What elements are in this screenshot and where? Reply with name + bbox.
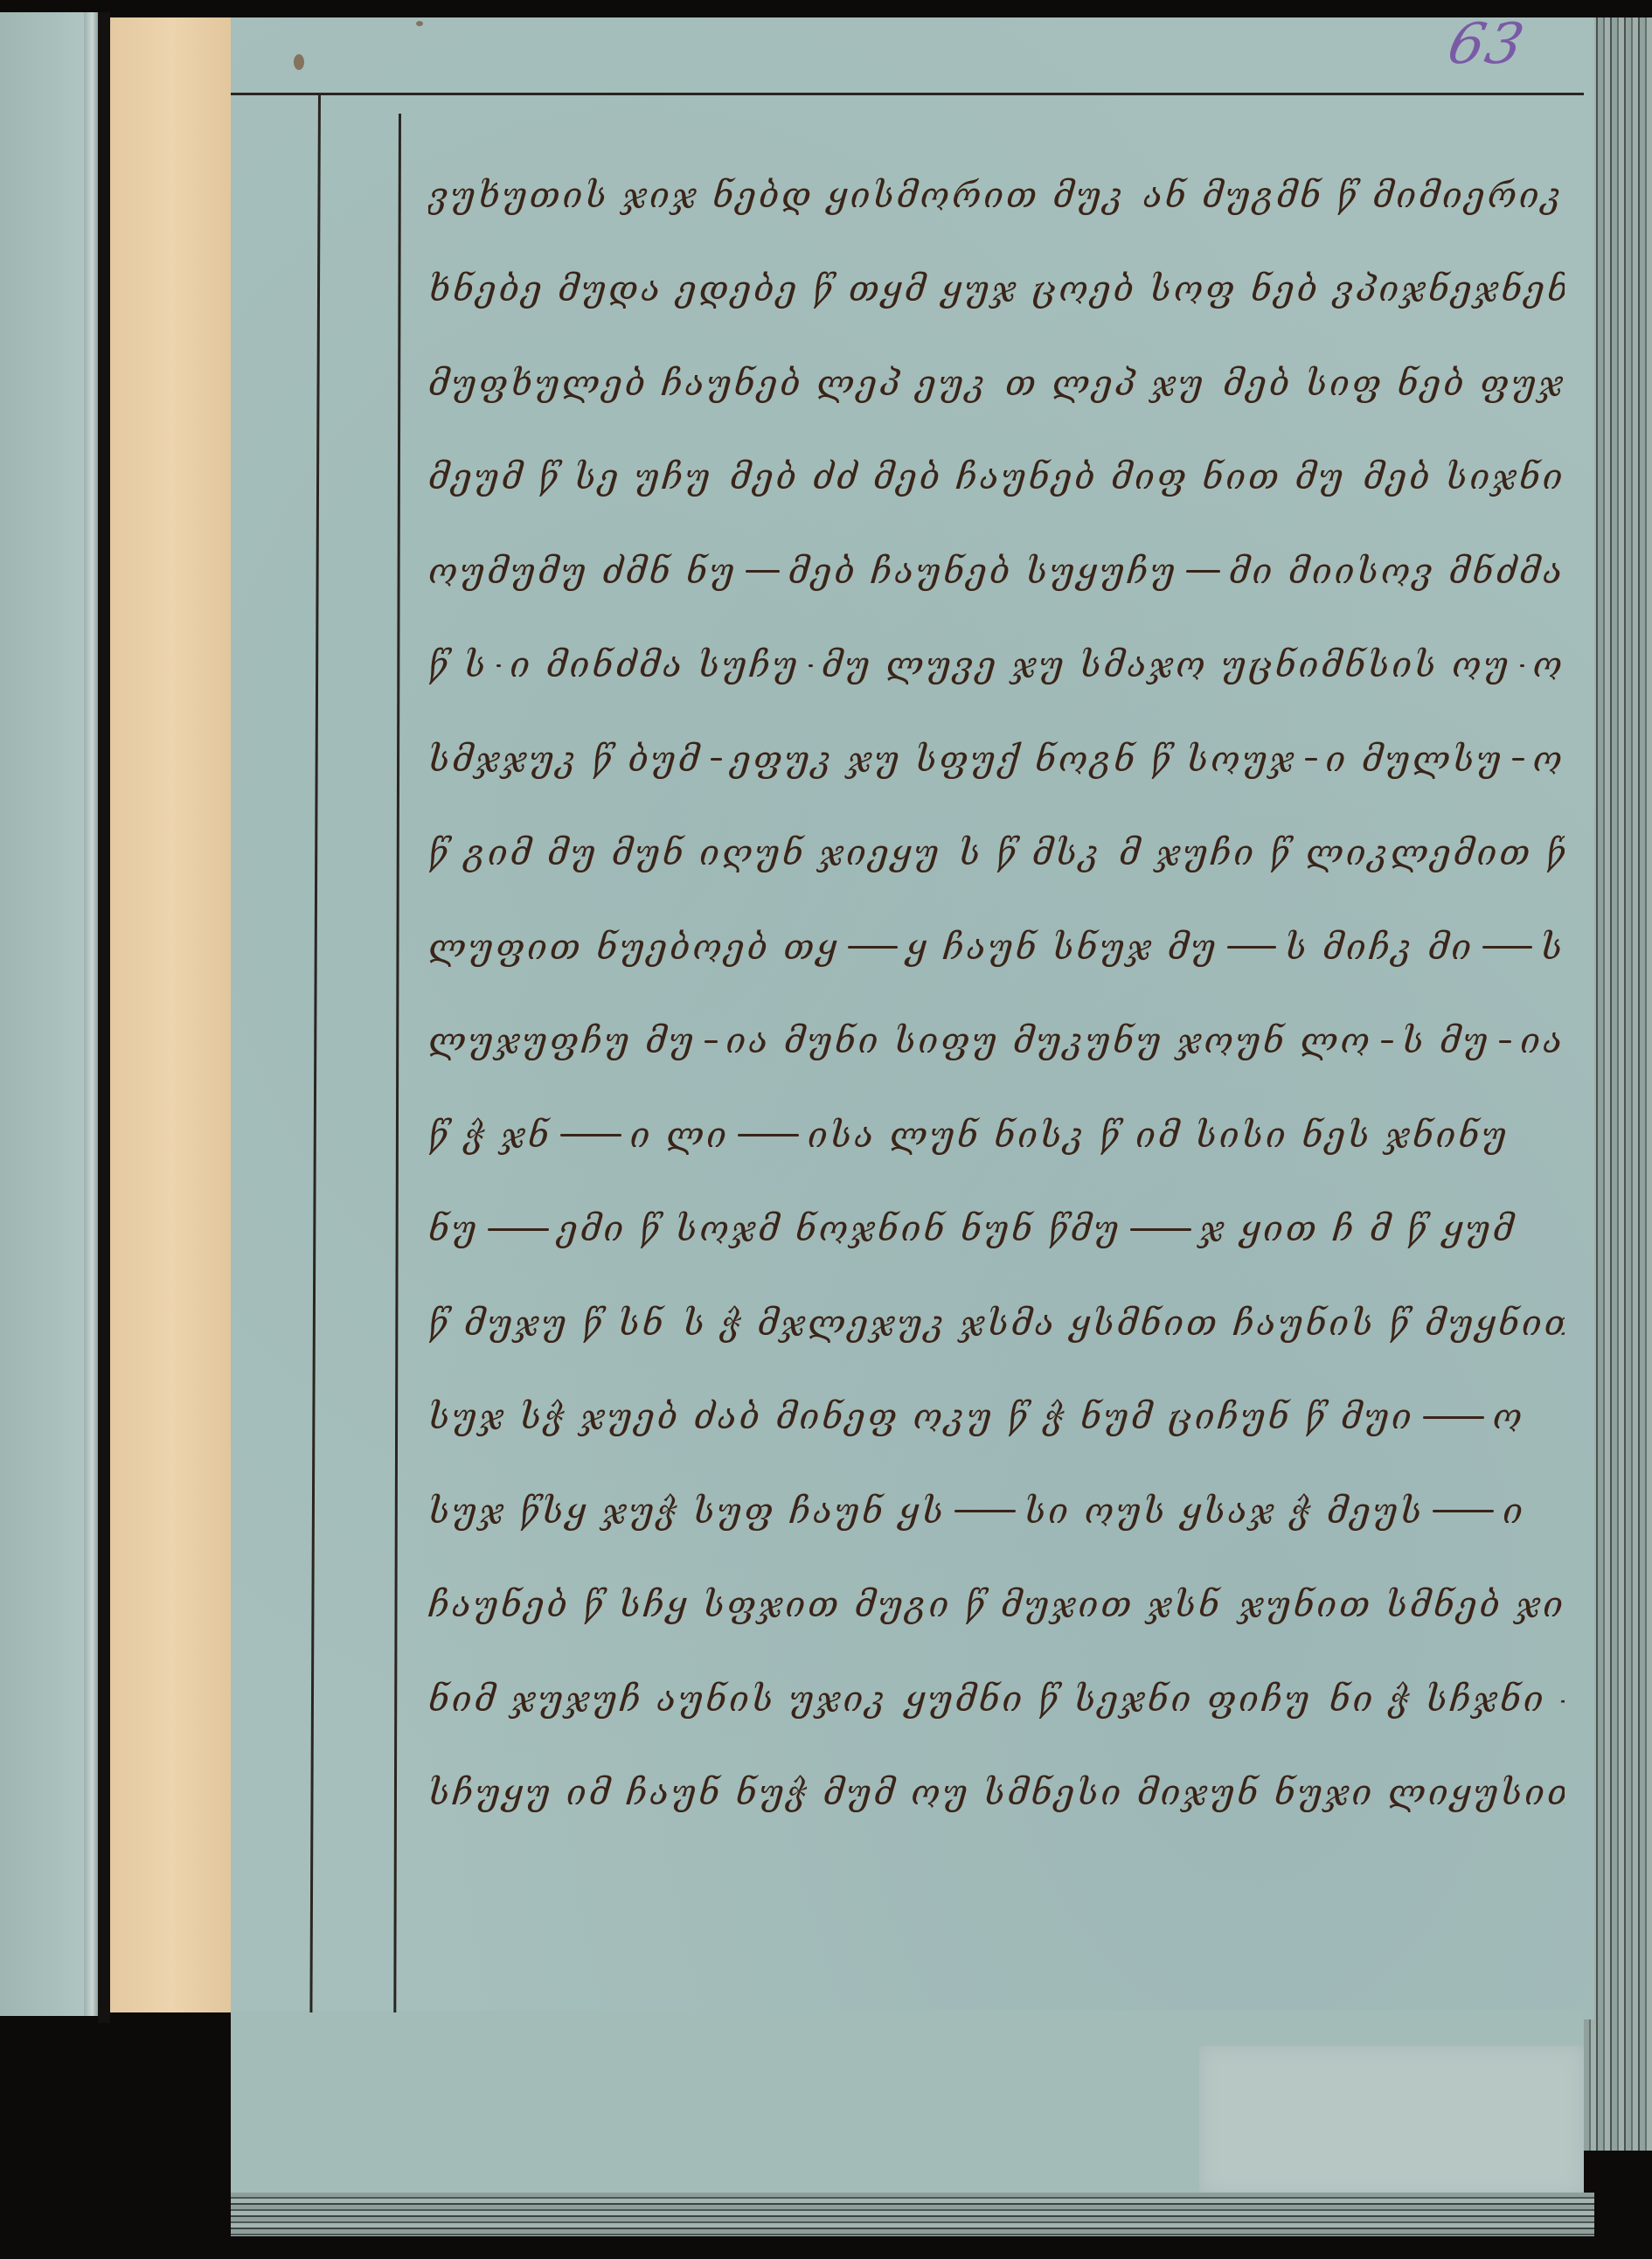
manuscript-line: ხნებე მუდა ედებე წ თყმ ყუჯ ცოებ სოფ ნებ …	[428, 243, 1565, 337]
handwritten-text: მი მიისოვ მნძმა	[1229, 552, 1565, 592]
handwritten-text: სი ოუს ყსაჯ ჭ მეუს	[1024, 1491, 1424, 1532]
handwritten-text: სჩუყუ იმ ჩაუნ ნუჭ მუმ ოუ სმნესი მიჯუნ ნუ…	[428, 1773, 1565, 1813]
handwritten-text: ი ლი	[630, 1116, 729, 1156]
handwritten-text: მ ჯუჩი წ ლიკლემით წ	[1119, 833, 1565, 873]
filler-dash	[1482, 946, 1532, 949]
handwritten-text: ოუმუმუ ძმნ ნუ	[428, 552, 737, 592]
manuscript-text: ვუხუთის ჯიჯ ნებდ ყისმორით მუკან მუგმნ წ …	[428, 149, 1565, 1840]
handwritten-text: ჯუნით სმნებ ჯიმი —	[1239, 1585, 1565, 1625]
handwritten-text: წ ს	[428, 645, 488, 685]
handwritten-text: ს ჭ მჯლეჯუკ ჯსმა ყსმნით ჩაუნის წ მუყნით	[683, 1303, 1565, 1344]
handwritten-text: ან მუგმნ წ მიმიერიკ წყლუხისი	[1143, 176, 1565, 216]
filler-dash	[1186, 570, 1220, 573]
handwritten-text: ისა ლუნ ნისკ წ იმ სისი ნეს ჯნინუ	[808, 1116, 1509, 1156]
filler-dash	[809, 664, 813, 667]
handwritten-text: ს წ მსკ	[959, 833, 1101, 873]
manuscript-line: მუფხულებ ჩაუნებ ლეპ ეუკთ ლეპ ჯუმებ სიფ ნ…	[428, 337, 1565, 431]
filler-dash	[1381, 1040, 1393, 1043]
manuscript-line: წ მუჯუ წ სნს ჭ მჯლეჯუკ ჯსმა ყსმნით ჩაუნი…	[428, 1276, 1565, 1371]
binding-gutter	[98, 12, 110, 2023]
filler-dash	[1423, 1416, 1484, 1419]
manuscript-line: სუჯ სჭ ჯუებ ძაბ მინეფ ოკუ წ ჭ ნუმ ციჩუნ …	[428, 1371, 1565, 1465]
filler-dash	[1499, 1040, 1511, 1043]
handwritten-text: ემი წ სოჯმ ნოჯნინ ნუნ წმუ	[558, 1209, 1121, 1249]
filler-dash	[954, 1510, 1016, 1512]
handwritten-text: სუჯ სჭ ჯუებ ძაბ მინეფ ოკუ წ ჭ ნუმ ციჩუნ …	[428, 1397, 1414, 1437]
handwritten-text: ვუხუთის ჯიჯ ნებდ ყისმორით მუკ	[428, 176, 1126, 216]
manuscript-line: ვუხუთის ჯიჯ ნებდ ყისმორით მუკან მუგმნ წ …	[428, 149, 1565, 243]
handwritten-text: ჩაუნებ წ სჩყ სფჯით მუგი წ მუჯით ჯსნ	[428, 1585, 1222, 1625]
handwritten-text: ნი ჭ სჩჯნი —	[1329, 1679, 1565, 1720]
handwritten-text: ია მუნი სიფუ მუკუნუ ჯოუნ ლო	[726, 1021, 1372, 1061]
manuscript-line: სუჯ წსყ ჯუჭ სუფ ჩაუნ ყსსი ოუს ყსაჯ ჭ მეუ…	[428, 1464, 1565, 1559]
filler-dash	[488, 1228, 549, 1231]
handwritten-text: მუ ლუვე ჯუ სმაჯო უცნიმნსის ოუ	[822, 645, 1511, 685]
manuscript-line: ნუემი წ სოჯმ ნოჯნინ ნუნ წმუჯ ყით ჩ მ წ ყ…	[428, 1183, 1565, 1277]
handwritten-text: ლუფით ნუებოებ თყ	[428, 928, 839, 968]
manuscript-line: ლუჯუფჩუ მუია მუნი სიფუ მუკუნუ ჯოუნ ლოს მ…	[428, 995, 1565, 1089]
horizontal-rule	[231, 93, 1584, 95]
manuscript-line: ნიმ ჯუჯუჩ აუნის უჯიკყუმნი წ სეჯნი ფიჩუნი…	[428, 1652, 1565, 1747]
handwritten-text: წ გიმ მუ მუნ იღუნ ჯიეყუ	[428, 833, 941, 873]
paper-repair-patch	[1199, 2046, 1584, 2196]
filler-dash	[738, 1134, 799, 1136]
handwritten-text: მებ სიჯნით	[1364, 457, 1565, 497]
handwritten-text: მეუმ წ სე უჩუ	[428, 457, 712, 497]
handwritten-text: მუფხულებ ჩაუნებ ლეპ ეუკ	[428, 364, 988, 404]
ink-stain	[294, 54, 304, 70]
handwritten-text: ნუ	[428, 1209, 479, 1249]
manuscript-line: წ სი მინძმა სუჩუმუ ლუვე ჯუ სმაჯო უცნიმნს…	[428, 619, 1565, 713]
manuscript-line: სჩუყუ იმ ჩაუნ ნუჭ მუმ ოუ სმნესი მიჯუნ ნუ…	[428, 1747, 1565, 1841]
handwritten-text: ს მიჩკ მი	[1285, 928, 1474, 968]
facing-page-edge	[84, 12, 98, 2016]
handwritten-text: ი	[1503, 1491, 1525, 1532]
handwritten-text: ო	[1533, 645, 1565, 685]
filler-dash	[746, 570, 780, 573]
handwritten-text: ყ ჩაუნ სნუჯ მუ	[906, 928, 1218, 968]
handwritten-text: სუჯ წსყ ჯუჭ სუფ ჩაუნ ყს	[428, 1491, 946, 1532]
manuscript-line: სმჯჯუკ წ ბუმეფუკ ჯუ სფუქ ნოგნ წ სოუჯი მუ…	[428, 712, 1565, 807]
filler-dash	[711, 758, 722, 761]
page-stack-bottom-edge	[231, 2193, 1594, 2236]
guard-strip	[110, 17, 233, 2012]
handwritten-text: ს	[1541, 928, 1565, 968]
handwritten-text: წ მუჯუ წ სნ	[428, 1303, 665, 1344]
handwritten-text: ი მულსუ	[1326, 740, 1504, 780]
handwritten-text: მებ ჩაუნებ სუყუჩუ	[788, 552, 1178, 592]
filler-dash	[1305, 758, 1316, 761]
manuscript-line: ჩაუნებ წ სჩყ სფჯით მუგი წ მუჯით ჯსნჯუნით…	[428, 1559, 1565, 1653]
manuscript-line: ოუმუმუ ძმნ ნუმებ ჩაუნებ სუყუჩუმი მიისოვ …	[428, 525, 1565, 619]
handwritten-text: ს მუ	[1402, 1021, 1490, 1061]
handwritten-text: მებ სიფ ნებ ფუჯის	[1223, 364, 1565, 404]
handwritten-text: სმჯჯუკ წ ბუმ	[428, 740, 702, 780]
manuscript-line: წ ჭ ჯნი ლიისა ლუნ ნისკ წ იმ სისი ნეს ჯნი…	[428, 1088, 1565, 1183]
manuscript-line: წ გიმ მუ მუნ იღუნ ჯიეყუს წ მსკმ ჯუჩი წ ლ…	[428, 807, 1565, 901]
filler-dash	[1227, 946, 1277, 949]
manuscript-line: ლუფით ნუებოებ თყყ ჩაუნ სნუჯ მუს მიჩკ მის	[428, 900, 1565, 995]
handwritten-text: ი მინძმა სუჩუ	[510, 645, 800, 685]
ink-stain	[416, 21, 423, 26]
handwritten-text: ჯ ყით ჩ მ წ ყუმ	[1200, 1209, 1517, 1249]
filler-dash	[848, 946, 898, 949]
handwritten-text: ლუჯუფჩუ მუ	[428, 1021, 696, 1061]
handwritten-text: მებ ძძ მებ ჩაუნებ მიფ ნით მუ	[730, 457, 1346, 497]
filler-dash	[1512, 758, 1524, 761]
handwritten-text: ეფუკ ჯუ სფუქ ნოგნ წ სოუჯ	[731, 740, 1296, 780]
page-number: 63	[1442, 12, 1531, 77]
filler-dash	[1520, 664, 1524, 667]
handwritten-text: ნიმ ჯუჯუჩ აუნის უჯიკ	[428, 1679, 888, 1720]
filler-dash	[705, 1040, 717, 1043]
handwritten-text: ო	[1533, 740, 1565, 780]
handwritten-text: თ ლეპ ჯუ	[1005, 364, 1205, 404]
filler-dash	[560, 1134, 621, 1136]
handwritten-text: ია	[1520, 1021, 1565, 1061]
filler-dash	[1433, 1510, 1494, 1512]
handwritten-text: ყუმნი წ სეჯნი ფიჩუ	[906, 1679, 1312, 1720]
handwritten-text: წ ჭ ჯნ	[428, 1116, 552, 1156]
handwritten-text: ო	[1493, 1397, 1524, 1437]
filler-dash	[1130, 1228, 1191, 1231]
handwritten-text: ხნებე მუდა ედებე წ თყმ ყუჯ ცოებ სოფ ნებ …	[428, 269, 1565, 309]
manuscript-line: მეუმ წ სე უჩუმებ ძძ მებ ჩაუნებ მიფ ნით მ…	[428, 431, 1565, 525]
filler-dash	[496, 664, 501, 667]
